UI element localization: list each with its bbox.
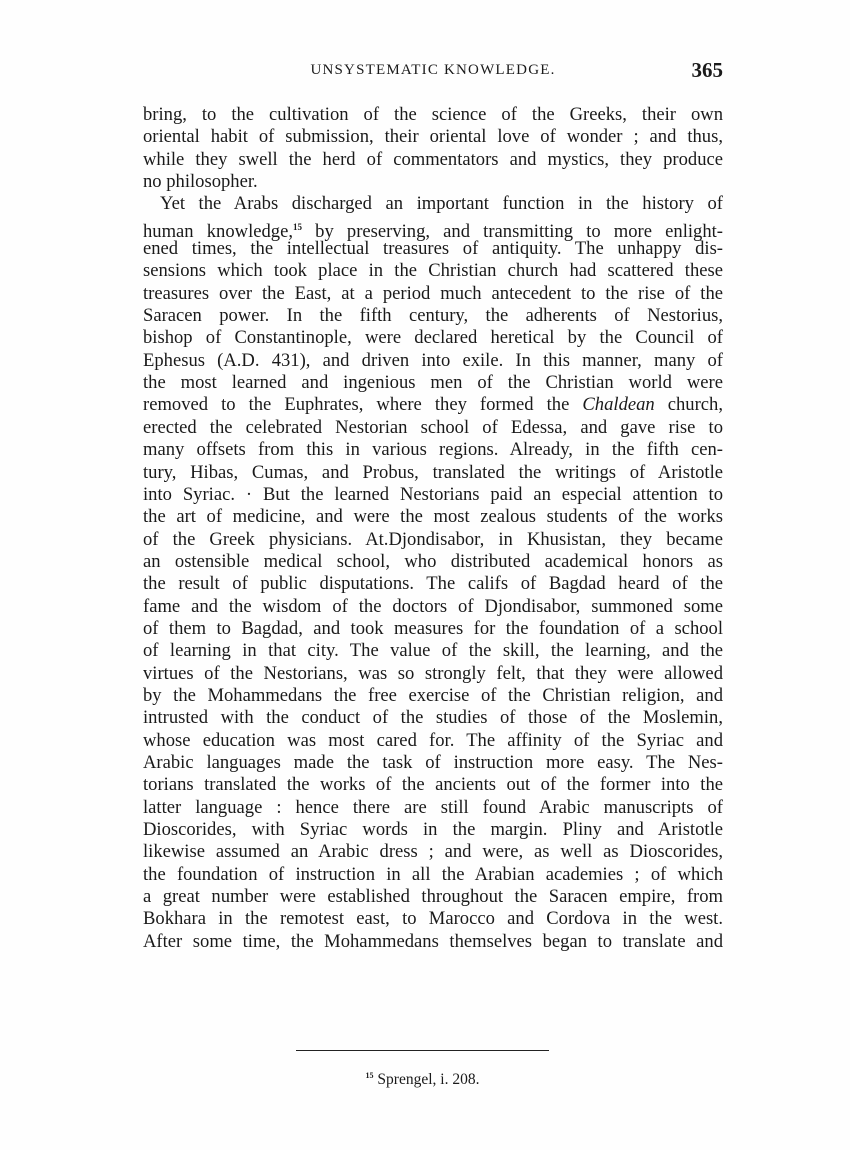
text-line: Saracen power. In the fifth century, the… — [143, 305, 723, 327]
italic-term: Chaldean — [582, 394, 654, 415]
page-number: 365 — [692, 58, 724, 83]
text-line: human knowledge,15 by preserving, and tr… — [143, 216, 723, 238]
text-line: Bokhara in the remotest east, to Marocco… — [143, 908, 723, 930]
text-line: into Syriac. · But the learned Nestorian… — [143, 484, 723, 506]
text-line: bishop of Constantinople, were declared … — [143, 327, 723, 349]
body-text: bring, to the cultivation of the science… — [143, 104, 723, 953]
text-line: virtues of the Nestorians, was so strong… — [143, 663, 723, 685]
text-line: while they swell the herd of commentator… — [143, 149, 723, 171]
text-line: an ostensible medical school, who distri… — [143, 551, 723, 573]
paragraph-start-line: Yet the Arabs discharged an important fu… — [143, 193, 723, 215]
text-line: oriental habit of submission, their orie… — [143, 126, 723, 148]
footnote-marker: 15 — [366, 1071, 374, 1080]
text-line: ened times, the intellectual treasures o… — [143, 238, 723, 260]
text-line: After some time, the Mohammedans themsel… — [143, 931, 723, 953]
text-line: whose education was most cared for. The … — [143, 730, 723, 752]
text-line: removed to the Euphrates, where they for… — [143, 394, 723, 416]
text-line: of them to Bagdad, and took measures for… — [143, 618, 723, 640]
text-line: of the Greek physicians. At.Djondisabor,… — [143, 529, 723, 551]
text-line: Dioscorides, with Syriac words in the ma… — [143, 819, 723, 841]
book-page: UNSYSTEMATIC KNOWLEDGE. 365 bring, to th… — [0, 0, 850, 1150]
text-line: Ephesus (A.D. 431), and driven into exil… — [143, 350, 723, 372]
text-line: torians translated the works of the anci… — [143, 774, 723, 796]
text-line: Arabic languages made the task of instru… — [143, 752, 723, 774]
text-run: church, — [655, 394, 723, 415]
text-run: removed to the Euphrates, where they for… — [143, 394, 582, 415]
text-line: the result of public disputations. The c… — [143, 573, 723, 595]
text-line: bring, to the cultivation of the science… — [143, 104, 723, 126]
text-line: the art of medicine, and were the most z… — [143, 506, 723, 528]
footnote-reference: 15 — [293, 222, 302, 232]
text-line: tury, Hibas, Cumas, and Probus, translat… — [143, 462, 723, 484]
text-line: erected the celebrated Nestorian school … — [143, 417, 723, 439]
text-line: by the Mohammedans the free exercise of … — [143, 685, 723, 707]
footnote-divider — [296, 1050, 549, 1051]
footnote: 15 Sprengel, i. 208. — [296, 1071, 549, 1089]
footnote-text: Sprengel, i. 208. — [377, 1071, 479, 1088]
text-line: latter language : hence there are still … — [143, 797, 723, 819]
text-line: fame and the wisdom of the doctors of Dj… — [143, 596, 723, 618]
text-line: of learning in that city. The value of t… — [143, 640, 723, 662]
text-line: the foundation of instruction in all the… — [143, 864, 723, 886]
text-line: no philosopher. — [143, 171, 723, 193]
running-head: UNSYSTEMATIC KNOWLEDGE. 365 — [143, 58, 723, 84]
text-line: a great number were established througho… — [143, 886, 723, 908]
text-line: the most learned and ingenious men of th… — [143, 372, 723, 394]
text-line: intrusted with the conduct of the studie… — [143, 707, 723, 729]
text-line: treasures over the East, at a period muc… — [143, 283, 723, 305]
running-title: UNSYSTEMATIC KNOWLEDGE. — [143, 62, 723, 79]
text-line: sensions which took place in the Christi… — [143, 260, 723, 282]
text-line: many offsets from this in various region… — [143, 439, 723, 461]
text-line: likewise assumed an Arabic dress ; and w… — [143, 841, 723, 863]
